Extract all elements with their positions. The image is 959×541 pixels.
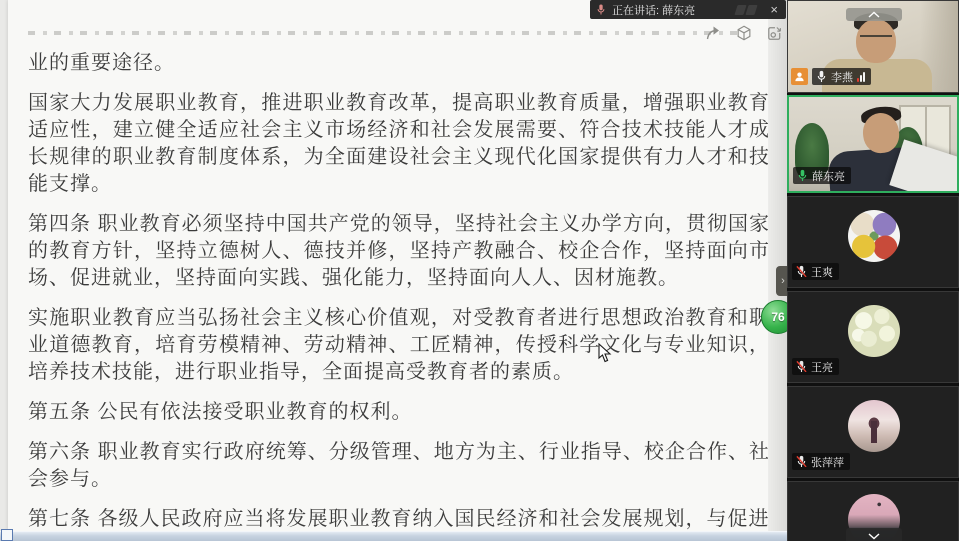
participant-tile-active-speaker[interactable]: 薛东亮 [787,95,959,193]
watermark-logo-icon [736,5,756,15]
paragraph: 业的重要途径。 [28,50,770,77]
speaking-notification-bar: 正在讲话: 薛东亮 × [590,0,786,19]
participants-sidebar: 李燕 薛东亮 [787,0,959,541]
network-signal-icon [857,72,865,82]
participant-tile-partial[interactable] [787,481,959,541]
avatar [848,305,900,357]
paragraph: 第五条 公民有依法接受职业教育的权利。 [28,399,770,426]
paragraph: 第六条 职业教育实行政府统筹、分级管理、地方为主、行业指导、校企合作、社会参与。 [28,439,770,493]
document-page: 业的重要途径。 国家大力发展职业教育，推进职业教育改革，提高职业教育质量，增强职… [8,0,768,531]
participant-name-tag: 薛东亮 [793,167,851,184]
mic-muted-icon [796,265,807,279]
popout-window-icon[interactable] [764,23,784,43]
avatar [848,400,900,452]
participant-name: 王爽 [811,264,833,280]
paragraph: 国家大力发展职业教育，推进职业教育改革，提高职业教育质量，增强职业教育适应性，建… [28,90,770,198]
paragraph: 第七条 各级人民政府应当将发展职业教育纳入国民经济和社会发展规划，与促进 [28,506,770,533]
microphone-icon [596,3,606,16]
participant-tile[interactable]: 王亮 [787,291,959,383]
3d-cube-icon[interactable] [734,23,754,43]
status-bar [0,531,787,541]
participant-name-tag: 张萍萍 [792,453,850,470]
participant-name-tag: 王亮 [792,358,839,375]
participant-tile[interactable]: 王爽 [787,196,959,288]
participant-tile[interactable]: 张萍萍 [787,386,959,478]
host-presence-icon [791,68,808,85]
paragraph: 第四条 职业教育必须坚持中国共产党的领导，坚持社会主义办学方向，贯彻国家的教育方… [28,211,770,292]
screen-share-area: 业的重要途径。 国家大力发展职业教育，推进职业教育改革，提高职业教育质量，增强职… [0,0,787,541]
avatar [848,210,900,262]
participant-name: 薛东亮 [812,168,845,184]
document-text: 业的重要途径。 国家大力发展职业教育，推进职业教育改革，提高职业教育质量，增强职… [28,50,770,541]
share-arrow-icon[interactable] [704,23,724,43]
status-bar-icon[interactable] [1,529,13,541]
floating-toolbar [698,22,784,44]
close-icon[interactable]: × [768,3,780,16]
mic-speaking-icon [797,169,808,183]
mic-muted-icon [796,455,807,469]
participant-name: 张萍萍 [811,454,844,470]
participant-name-tag: 李燕 [812,68,871,85]
paragraph: 实施职业教育应当弘扬社会主义核心价值观，对受教育者进行思想政治教育和职业道德教育… [28,305,770,386]
clipped-text-line [28,31,740,35]
mic-muted-icon [796,360,807,374]
participant-tile[interactable]: 李燕 [787,0,959,93]
scroll-down-chevron-icon[interactable] [846,528,902,541]
speaking-label: 正在讲话: 薛东亮 [612,2,695,18]
collapse-sidebar-chevron-up-icon[interactable] [846,8,902,21]
participant-name: 王亮 [811,359,833,375]
participant-name-tag: 王爽 [792,263,839,280]
mic-on-icon [816,70,827,84]
participant-name: 李燕 [831,69,853,85]
meeting-window: 业的重要途径。 国家大力发展职业教育，推进职业教育改革，提高职业教育质量，增强职… [0,0,959,541]
